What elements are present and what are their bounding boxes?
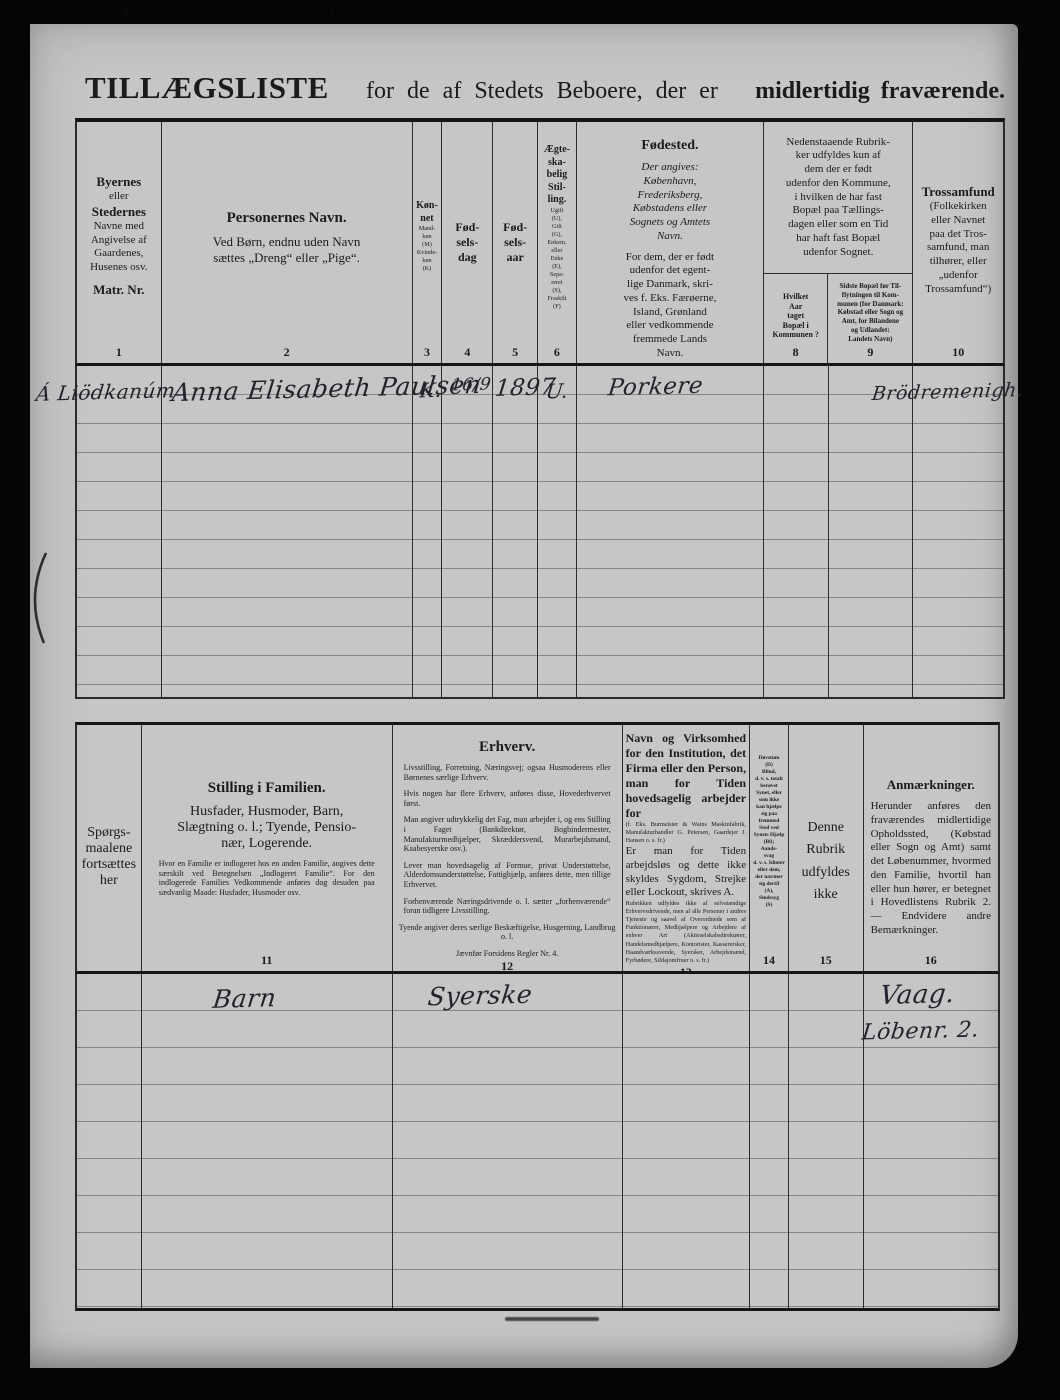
header-col-birthplace: Fødested. Der angives: København, Freder… — [577, 122, 764, 363]
scan-speck — [688, 6, 692, 10]
col-number-5: 5 — [493, 345, 537, 363]
entry-birthplace: Porkere — [607, 373, 705, 402]
col12-title: Erhverv. — [479, 739, 535, 756]
entry-family-position: Barn — [211, 983, 278, 1014]
col16-title: Anmærkninger. — [887, 777, 975, 793]
entry-birth-day: 16/9 — [450, 374, 492, 395]
table-column-rule — [393, 974, 623, 1308]
table-column-rule — [162, 366, 413, 697]
col13-p1: Navn og Virksomhed for den Institution, … — [626, 731, 746, 821]
table-column-rule — [750, 974, 789, 1308]
table-column-rule — [142, 974, 393, 1308]
lower-table-rows — [75, 974, 1000, 1311]
entry-place: Á Liödkanúm — [35, 378, 177, 406]
pen-stroke-page-edge — [27, 550, 51, 646]
table-column-rule — [77, 974, 142, 1308]
header-col-occupation: Erhverv. Livsstilling, Forretning, Nærin… — [393, 725, 623, 971]
col8-title: Hvilket Aar taget Bopæl i Kommunen ? — [772, 292, 818, 340]
col-number-3: 3 — [413, 345, 442, 363]
col11-title: Stilling i Familien. — [208, 780, 326, 797]
col-number-7: 7 — [577, 361, 763, 364]
header-col-remarks: Anmærkninger. Herunder anføres den fravæ… — [864, 725, 998, 971]
col9-title: Sidste Bopæl før Til- flytningen til Kom… — [837, 282, 903, 343]
col-number-4: 4 — [442, 345, 492, 363]
header-col-disabilities: Døvstum (D) Blind, d. v. s. totalt berøv… — [750, 725, 789, 971]
col12-p4: Lever man hovedsagelig af Formue, privat… — [396, 861, 619, 890]
col7-title: Fødested. — [641, 138, 698, 154]
header-col-family-position: Stilling i Familien. Husfader, Husmoder,… — [142, 725, 393, 971]
col-number-14: 14 — [750, 953, 788, 971]
col11-sub1: Husfader, Husmoder, Barn, Slægtning o. l… — [177, 804, 356, 852]
printer-imprint-smudge — [505, 1317, 599, 1321]
lower-table: Spørgs- maalene fortsættes her Stilling … — [75, 722, 1000, 1311]
title-main: TILLÆGSLISTE — [85, 70, 329, 106]
col1-matr-nr: Matr. Nr. — [93, 282, 144, 298]
header-col-place: Byernes eller Stedernes Navne med Angive… — [77, 122, 162, 363]
entry-occupation: Syerske — [426, 980, 534, 1012]
header-col-employer: Navn og Virksomhed for den Institution, … — [623, 725, 750, 971]
table-column-rule — [764, 366, 829, 697]
header-col-birthyear: Fød- sels- aar 5 — [493, 122, 538, 363]
col2-title: Personernes Navn. — [227, 210, 347, 227]
table-column-rule — [493, 366, 538, 697]
header-col-birthday: Fød- sels- dag 4 — [442, 122, 493, 363]
col3-title: Køn- net — [416, 200, 438, 225]
header-col-religion: Trossamfund (Folkekirken eller Navnet pa… — [913, 122, 1003, 363]
entry-remark-number: Löbenr. 2. — [861, 1017, 981, 1045]
table-column-rule — [413, 366, 443, 697]
col6-sub: Ugift (U), Gift (G), Enkem. eller Enke (… — [547, 207, 566, 312]
scan-speck — [124, 10, 128, 15]
col14-text: Døvstum (D) Blind, d. v. s. totalt berøv… — [753, 755, 784, 909]
col7-p1: Der angives: København, Frederiksberg, K… — [630, 161, 710, 244]
table-column-rule — [829, 366, 914, 697]
col-number-10: 10 — [913, 345, 1003, 363]
table-column-rule — [577, 366, 764, 697]
col10-sub: (Folkekirken eller Navnet paa det Tros- … — [925, 200, 991, 296]
col7-p2: For dem, der er født udenfor det egent- … — [624, 251, 717, 361]
col13-p3: Rubrikken udfyldes ikke af selvstændige … — [626, 900, 746, 965]
entry-sex: K. — [419, 378, 444, 403]
table-column-rule — [789, 974, 864, 1308]
col1-heading: Byernes — [96, 174, 141, 190]
col6-title: Ægte- ska- belig Stil- ling. — [544, 144, 570, 207]
col3-sub: Mand- køn (M) Kvinde- køn (K) — [417, 225, 437, 273]
title-mid: for de af Stedets Beboere, der er — [366, 78, 718, 105]
col-number-13: 13 — [623, 965, 749, 971]
col11-sub2: Hvor en Familie er indlogeret hos en and… — [145, 859, 389, 897]
col-number-16: 16 — [864, 953, 998, 971]
page-title: TILLÆGSLISTE for de af Stedets Beboere, … — [85, 70, 1005, 106]
table-column-rule — [77, 366, 162, 697]
table-column-rule — [913, 366, 1003, 697]
lower-table-header: Spørgs- maalene fortsættes her Stilling … — [75, 722, 1000, 974]
col12-p2: Hvis nogen har flere Erhverv, anføres di… — [396, 789, 619, 808]
entry-marital-status: U. — [545, 379, 570, 404]
col13-p2: Er man for Tiden arbejdsløs og dette ikk… — [626, 845, 746, 900]
col12-p5: Forhenværende Næringsdrivende o. l. sætt… — [396, 897, 619, 916]
table-column-rule — [623, 974, 750, 1308]
header-col-sex: Køn- net Mand- køn (M) Kvinde- køn (K) 3 — [413, 122, 443, 363]
col16-text: Herunder anføres den fraværendes midlert… — [867, 800, 995, 938]
upper-table-rows — [75, 366, 1005, 699]
upper-table: Byernes eller Stedernes Navne med Angive… — [75, 118, 1005, 699]
col12-p7: Jævnfør Forsidens Regler Nr. 4. — [456, 949, 558, 959]
col-number-9: 9 — [828, 345, 912, 363]
col5-title: Fød- sels- aar — [503, 220, 527, 265]
entry-remark-place: Vaag. — [878, 979, 956, 1011]
col-number-12: 12 — [393, 959, 622, 972]
upper-table-header: Byernes eller Stedernes Navne med Angive… — [75, 118, 1005, 366]
header-col-year-moved: Hvilket Aar taget Bopæl i Kommunen ? 8 — [764, 274, 828, 363]
table-column-rule — [442, 366, 493, 697]
col-number-6: 6 — [538, 345, 576, 363]
col12-p1: Livsstilling, Forretning, Næringsvej; og… — [396, 763, 619, 782]
continuation-label: Spørgs- maalene fortsættes her — [82, 825, 136, 889]
col10-title: Trossamfund — [922, 184, 995, 200]
col-number-2: 2 — [162, 345, 412, 363]
header-col-marital: Ægte- ska- belig Stil- ling. Ugift (U), … — [538, 122, 577, 363]
col4-title: Fød- sels- dag — [455, 220, 479, 265]
header-col-name: Personernes Navn. Ved Børn, endnu uden N… — [162, 122, 413, 363]
col1-text2: Navne med Angivelse af Gaardenes, Husene… — [90, 220, 147, 275]
col2-sub: Ved Børn, endnu uden Navn sættes „Dreng“… — [213, 234, 361, 266]
header-col-blank-rubric: Denne Rubrik udfyldes ikke 15 — [789, 725, 864, 971]
entry-congregation: Brödremenigh. — [871, 379, 1025, 405]
scanned-census-form: TILLÆGSLISTE for de af Stedets Beboere, … — [0, 0, 1060, 1400]
col1-heading2: Stedernes — [92, 204, 146, 220]
header-col-continuation: Spørgs- maalene fortsættes her — [77, 725, 142, 971]
group-8-9-note: Nedenstaaende Rubrik- ker udfyldes kun a… — [764, 122, 912, 274]
col-number-8: 8 — [764, 345, 827, 363]
col12-p6: Tyende angiver deres særlige Beskæftigel… — [396, 923, 619, 942]
table-column-rule — [538, 366, 577, 697]
scan-speck — [330, 12, 333, 18]
col-number-1: 1 — [77, 345, 161, 363]
col12-p3: Man angiver udtrykkelig det Fag, man arb… — [396, 815, 619, 853]
col13-p1-small: (f. Eks. Burmeister & Wains Maskinfabrik… — [626, 821, 746, 845]
header-group-8-9: Nedenstaaende Rubrik- ker udfyldes kun a… — [764, 122, 913, 363]
header-col-last-residence: Sidste Bopæl før Til- flytningen til Kom… — [828, 274, 912, 363]
col15-text: Denne Rubrik udfyldes ikke — [802, 817, 850, 907]
title-tail: midlertidig fraværende. — [755, 78, 1005, 105]
col1-text: eller — [109, 190, 129, 204]
col-number-11: 11 — [142, 953, 392, 971]
col-number-15: 15 — [789, 953, 863, 971]
